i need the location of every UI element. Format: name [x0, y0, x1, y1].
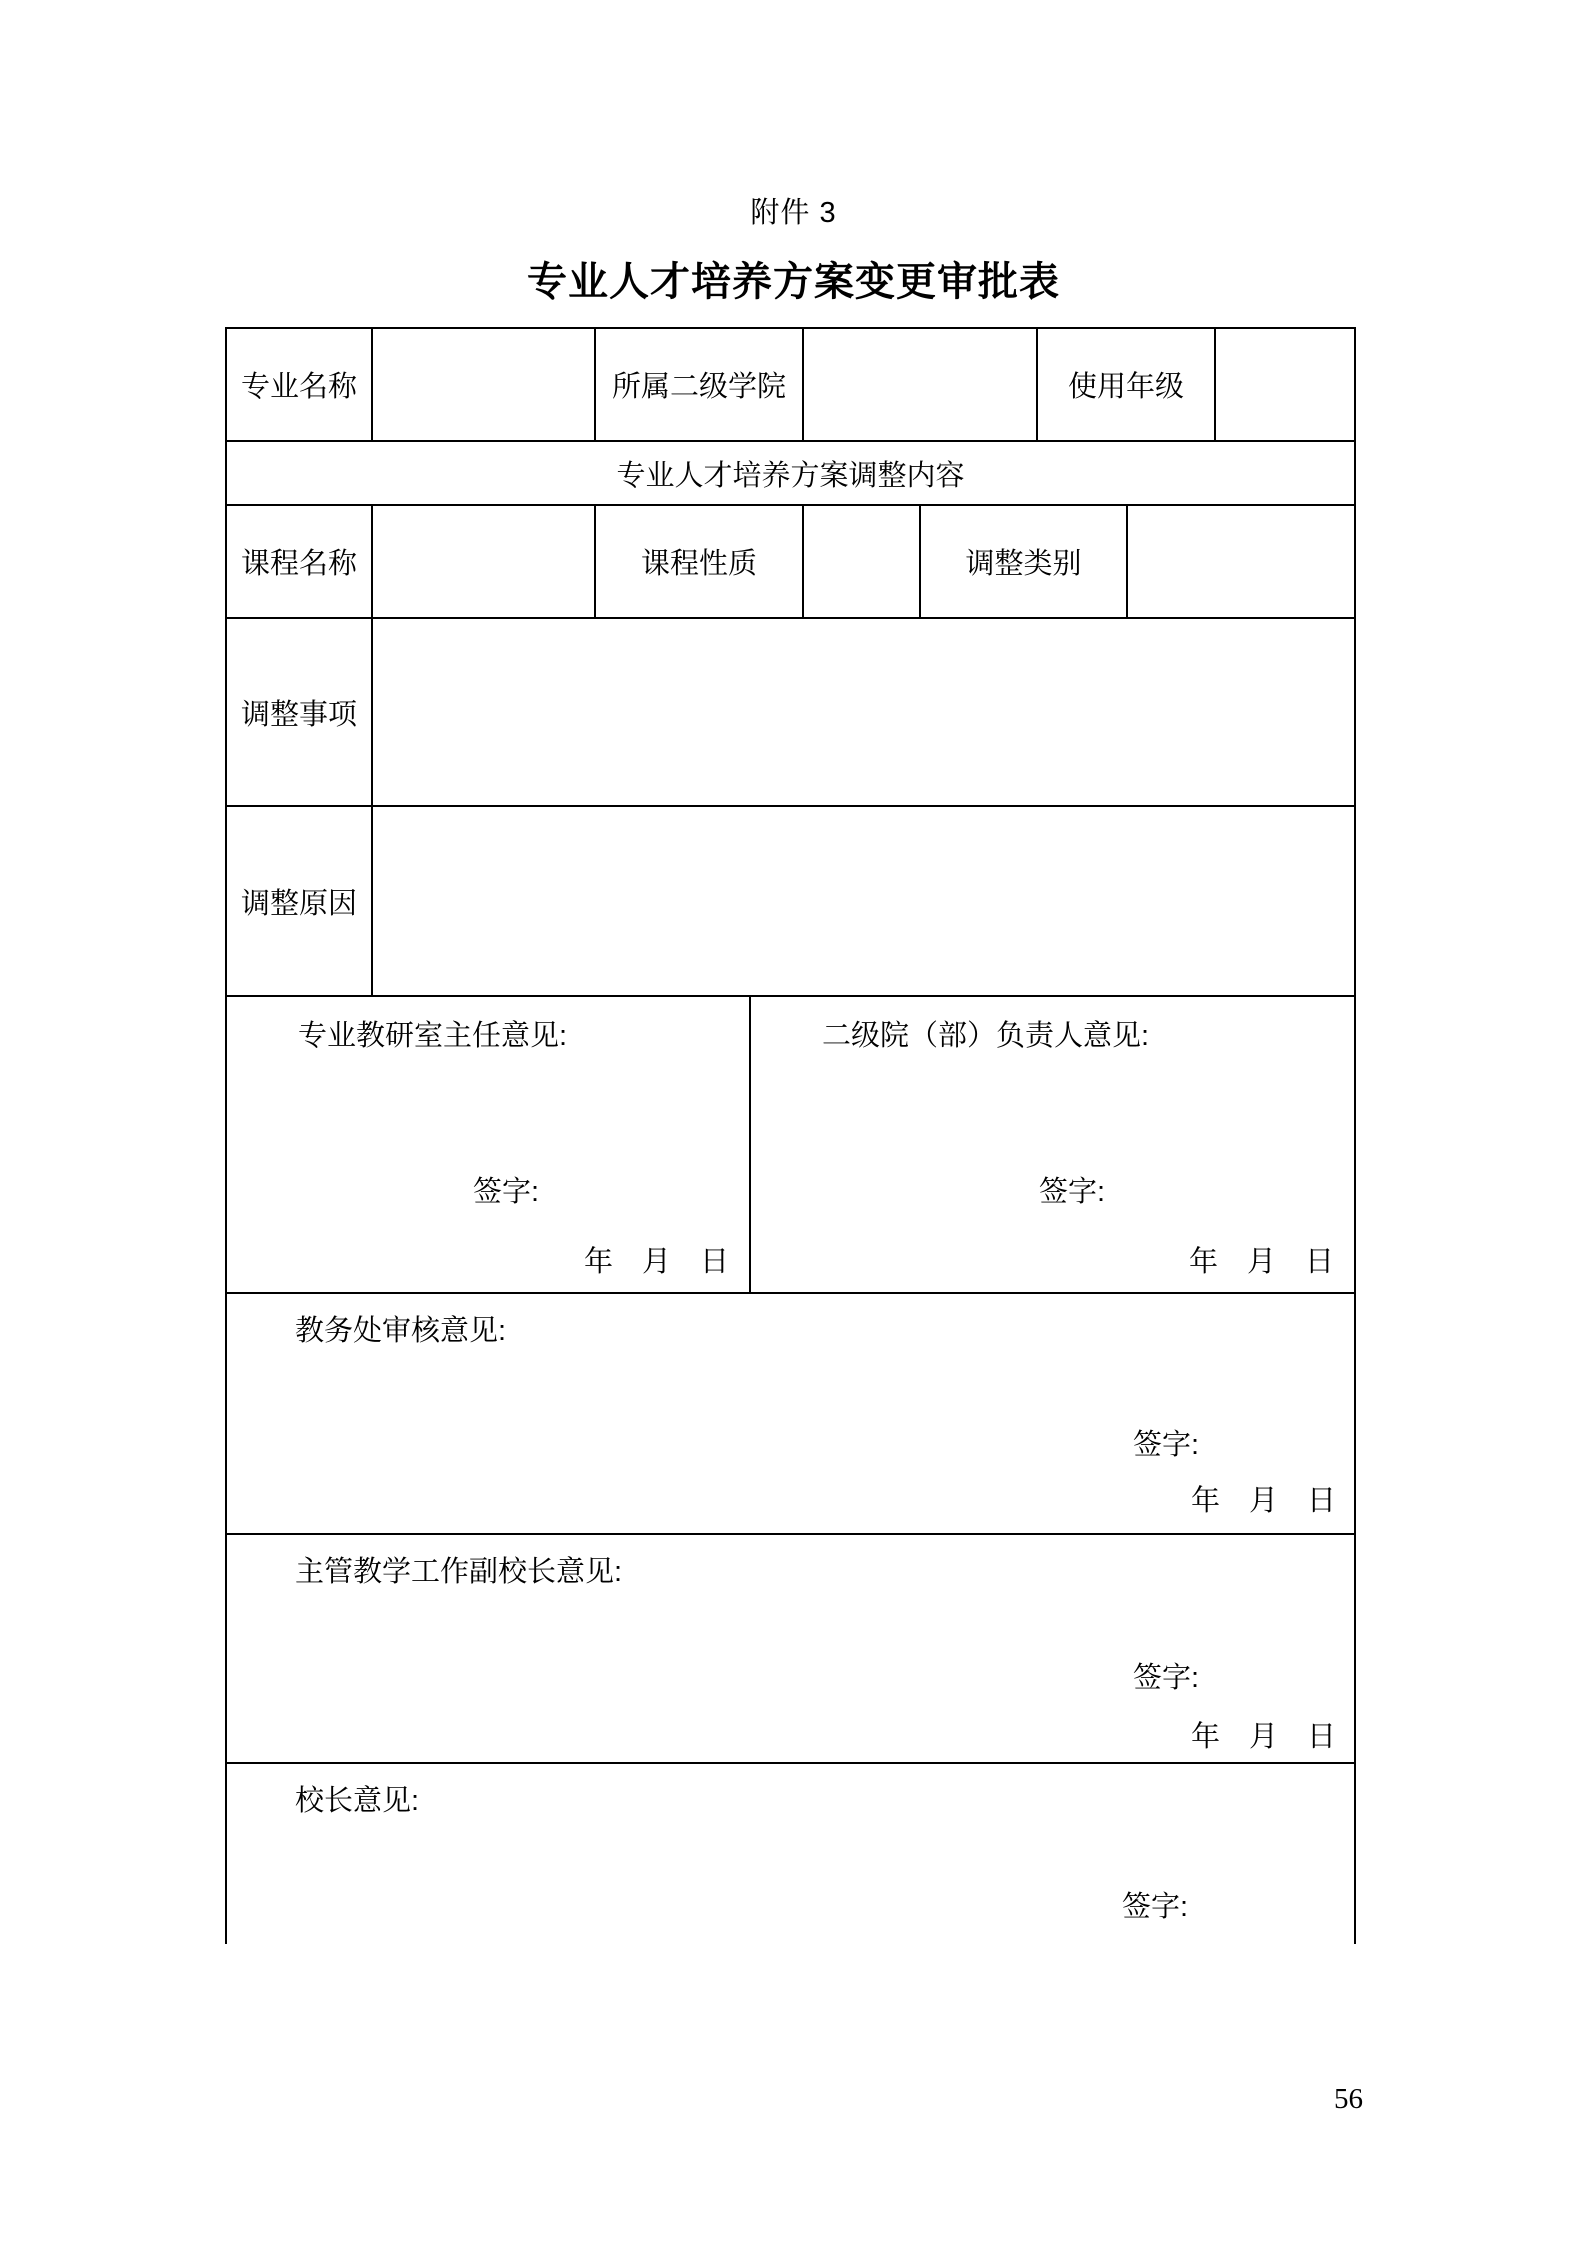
attachment-label: 附件 3 [0, 190, 1587, 231]
adjust-reason-value-cell[interactable] [373, 807, 1354, 995]
page-number: 56 [1334, 2083, 1363, 2116]
college-label: 所属二级学院 [596, 329, 804, 440]
college-head-date-label: 年 月 日 [1189, 1239, 1334, 1280]
grade-value-cell[interactable] [1216, 329, 1354, 440]
vice-principal-sign-label: 签字: [1133, 1655, 1199, 1696]
table-row-adjust-items: 调整事项 [227, 619, 1354, 807]
research-office-sign-label: 签字: [473, 1169, 539, 1210]
table-row-adjust-reason: 调整原因 [227, 807, 1354, 997]
adjust-reason-label: 调整原因 [227, 807, 373, 995]
college-head-opinion-title: 二级院（部）负责人意见: [822, 1013, 1149, 1054]
major-name-value-cell[interactable] [373, 329, 596, 440]
adjust-items-value-cell[interactable] [373, 619, 1354, 805]
college-head-sign-label: 签字: [1039, 1169, 1105, 1210]
approval-form-table: 专业名称 所属二级学院 使用年级 专业人才培养方案调整内容 课程名称 课程性质 … [225, 327, 1356, 1944]
vice-principal-date-label: 年 月 日 [1191, 1714, 1336, 1755]
page-title: 专业人才培养方案变更审批表 [0, 250, 1587, 307]
vice-principal-opinion-cell[interactable]: 主管教学工作副校长意见: 签字: 年 月 日 [227, 1535, 1354, 1762]
course-name-value-cell[interactable] [373, 506, 596, 617]
adjust-items-label: 调整事项 [227, 619, 373, 805]
research-office-date-label: 年 月 日 [584, 1239, 729, 1280]
adjust-category-value-cell[interactable] [1128, 506, 1354, 617]
principal-opinion-title: 校长意见: [295, 1778, 419, 1819]
table-row-course-info: 课程名称 课程性质 调整类别 [227, 506, 1354, 619]
academic-affairs-opinion-title: 教务处审核意见: [295, 1308, 506, 1349]
academic-affairs-date-label: 年 月 日 [1191, 1478, 1336, 1519]
table-row-academic-affairs-opinion: 教务处审核意见: 签字: 年 月 日 [227, 1294, 1354, 1535]
table-row-section-header: 专业人才培养方案调整内容 [227, 442, 1354, 506]
table-row-dual-opinions: 专业教研室主任意见: 签字: 年 月 日 二级院（部）负责人意见: 签字: 年 … [227, 997, 1354, 1294]
vice-principal-opinion-title: 主管教学工作副校长意见: [295, 1549, 622, 1590]
college-head-opinion-cell[interactable]: 二级院（部）负责人意见: 签字: 年 月 日 [751, 997, 1354, 1292]
course-name-label: 课程名称 [227, 506, 373, 617]
course-nature-label: 课程性质 [596, 506, 804, 617]
document-page: 附件 3 专业人才培养方案变更审批表 专业名称 所属二级学院 使用年级 专业人才… [0, 0, 1587, 2245]
table-row-vice-principal-opinion: 主管教学工作副校长意见: 签字: 年 月 日 [227, 1535, 1354, 1764]
research-office-opinion-title: 专业教研室主任意见: [298, 1013, 567, 1054]
course-nature-value-cell[interactable] [804, 506, 921, 617]
grade-label: 使用年级 [1038, 329, 1216, 440]
research-office-opinion-cell[interactable]: 专业教研室主任意见: 签字: 年 月 日 [227, 997, 751, 1292]
principal-sign-label: 签字: [1122, 1884, 1188, 1925]
table-row-basic-info: 专业名称 所属二级学院 使用年级 [227, 329, 1354, 442]
table-row-principal-opinion: 校长意见: 签字: [227, 1764, 1354, 1944]
principal-opinion-cell[interactable]: 校长意见: 签字: [227, 1764, 1354, 1944]
academic-affairs-opinion-cell[interactable]: 教务处审核意见: 签字: 年 月 日 [227, 1294, 1354, 1533]
major-name-label: 专业名称 [227, 329, 373, 440]
college-value-cell[interactable] [804, 329, 1038, 440]
adjust-category-label: 调整类别 [921, 506, 1128, 617]
academic-affairs-sign-label: 签字: [1133, 1422, 1199, 1463]
section-header: 专业人才培养方案调整内容 [227, 442, 1354, 504]
